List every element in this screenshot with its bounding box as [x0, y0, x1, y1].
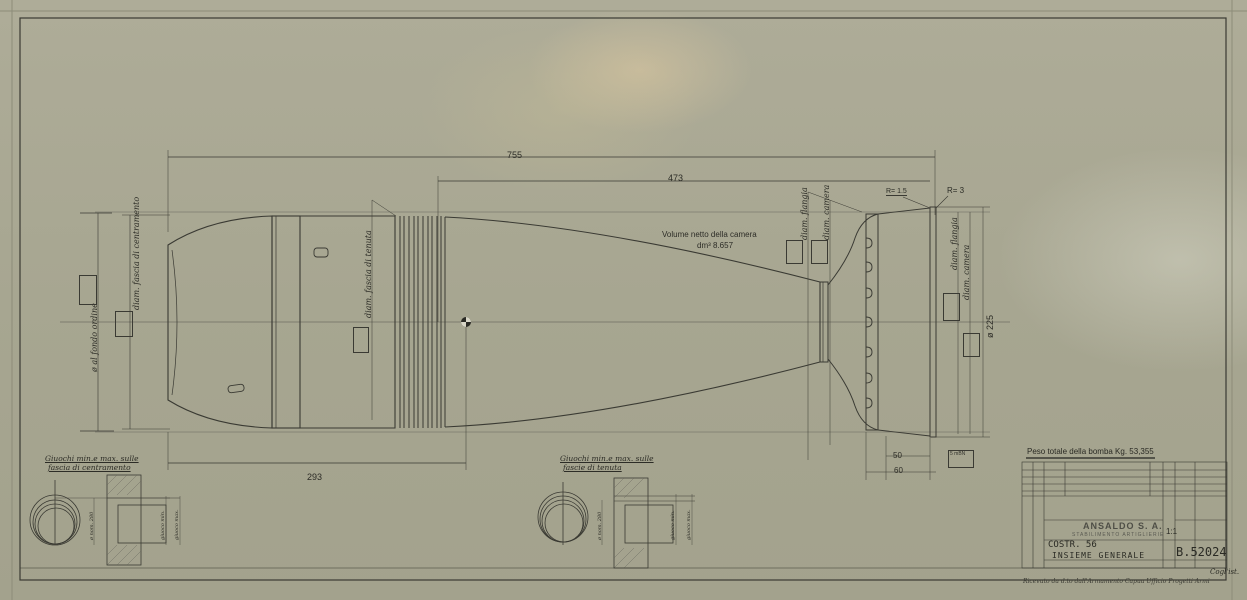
centering-band-label: diam. fascia di centramento [132, 197, 141, 310]
tail-chamber-label: diam. camera [822, 185, 831, 240]
company-subtitle: STABILIMENTO ARTIGLIERIE [1072, 532, 1164, 538]
tolerance-box-tail-chamber [963, 333, 980, 357]
tail-width-inner-label: 50 [893, 451, 902, 460]
technical-drawing [0, 0, 1247, 600]
chamber-volume-value: dm³ 8.657 [697, 241, 733, 250]
signature: Cogl'ist. [1210, 568, 1239, 576]
detail-2-max-label: giuoco max. [686, 509, 692, 540]
detail-1-title-line1: Giuochi min.e max. sulle [45, 454, 139, 463]
chamber-volume-label: Volume netto della camera [662, 230, 757, 239]
detail-1-min-label: giuoco min. [160, 510, 166, 540]
radius-tail-label: R= 1.5 [886, 188, 907, 196]
tail-flange-label: diam. flangia [800, 187, 809, 240]
footer-note: Ricevuto da d.to dall'Armamento Capua Uf… [1023, 578, 1210, 585]
tolerance-box-nose [79, 275, 97, 305]
tolerance-box-chamber [811, 240, 828, 264]
tail-diameter-label: ø 225 [985, 315, 995, 338]
dimension-overall-length: 755 [507, 150, 522, 160]
tail-tolerance-box: 5 mBN [948, 450, 974, 468]
construction-number: COSTR. 56 [1048, 540, 1097, 550]
detail-2-title-line1: Giuochi min.e max. sulle [560, 454, 654, 463]
detail-2-diam-label: ø nom. 280 [597, 512, 603, 540]
detail-1-diam-label: ø nom. 280 [89, 512, 95, 540]
tail-fin-chamber-label: diam. camera [962, 245, 971, 300]
tolerance-box-sealing [353, 327, 369, 353]
dimension-front-length: 293 [307, 472, 322, 482]
total-weight: Peso totale della bomba Kg. 53,355 [1027, 447, 1154, 456]
tolerance-box-tail-flange [943, 293, 960, 321]
drawing-number: B.52024 [1176, 545, 1227, 559]
tail-width-outer-label: 60 [894, 466, 903, 475]
dimension-chamber-length: 473 [668, 173, 683, 183]
tolerance-box-flange [786, 240, 803, 264]
nose-diameter-label: ø al fondo ordine [90, 303, 99, 372]
detail-2-title-line2: fascie di tenuta [563, 463, 622, 472]
detail-2-min-label: giuoco min. [670, 510, 676, 540]
tail-fin-flange-label: diam. flangia [950, 217, 959, 270]
company-name: ANSALDO S. A. [1083, 521, 1163, 531]
sealing-band-label: diam. fascia di tenuta [364, 230, 373, 318]
detail-1-title-line2: fascia di centramento [48, 463, 131, 472]
tolerance-box-centering [115, 311, 133, 337]
detail-1-max-label: giuoco max. [174, 509, 180, 540]
drawing-description: INSIEME GENERALE [1052, 551, 1145, 560]
radius-end-label: R= 3 [947, 186, 964, 195]
scale: 1:1 [1166, 527, 1177, 536]
